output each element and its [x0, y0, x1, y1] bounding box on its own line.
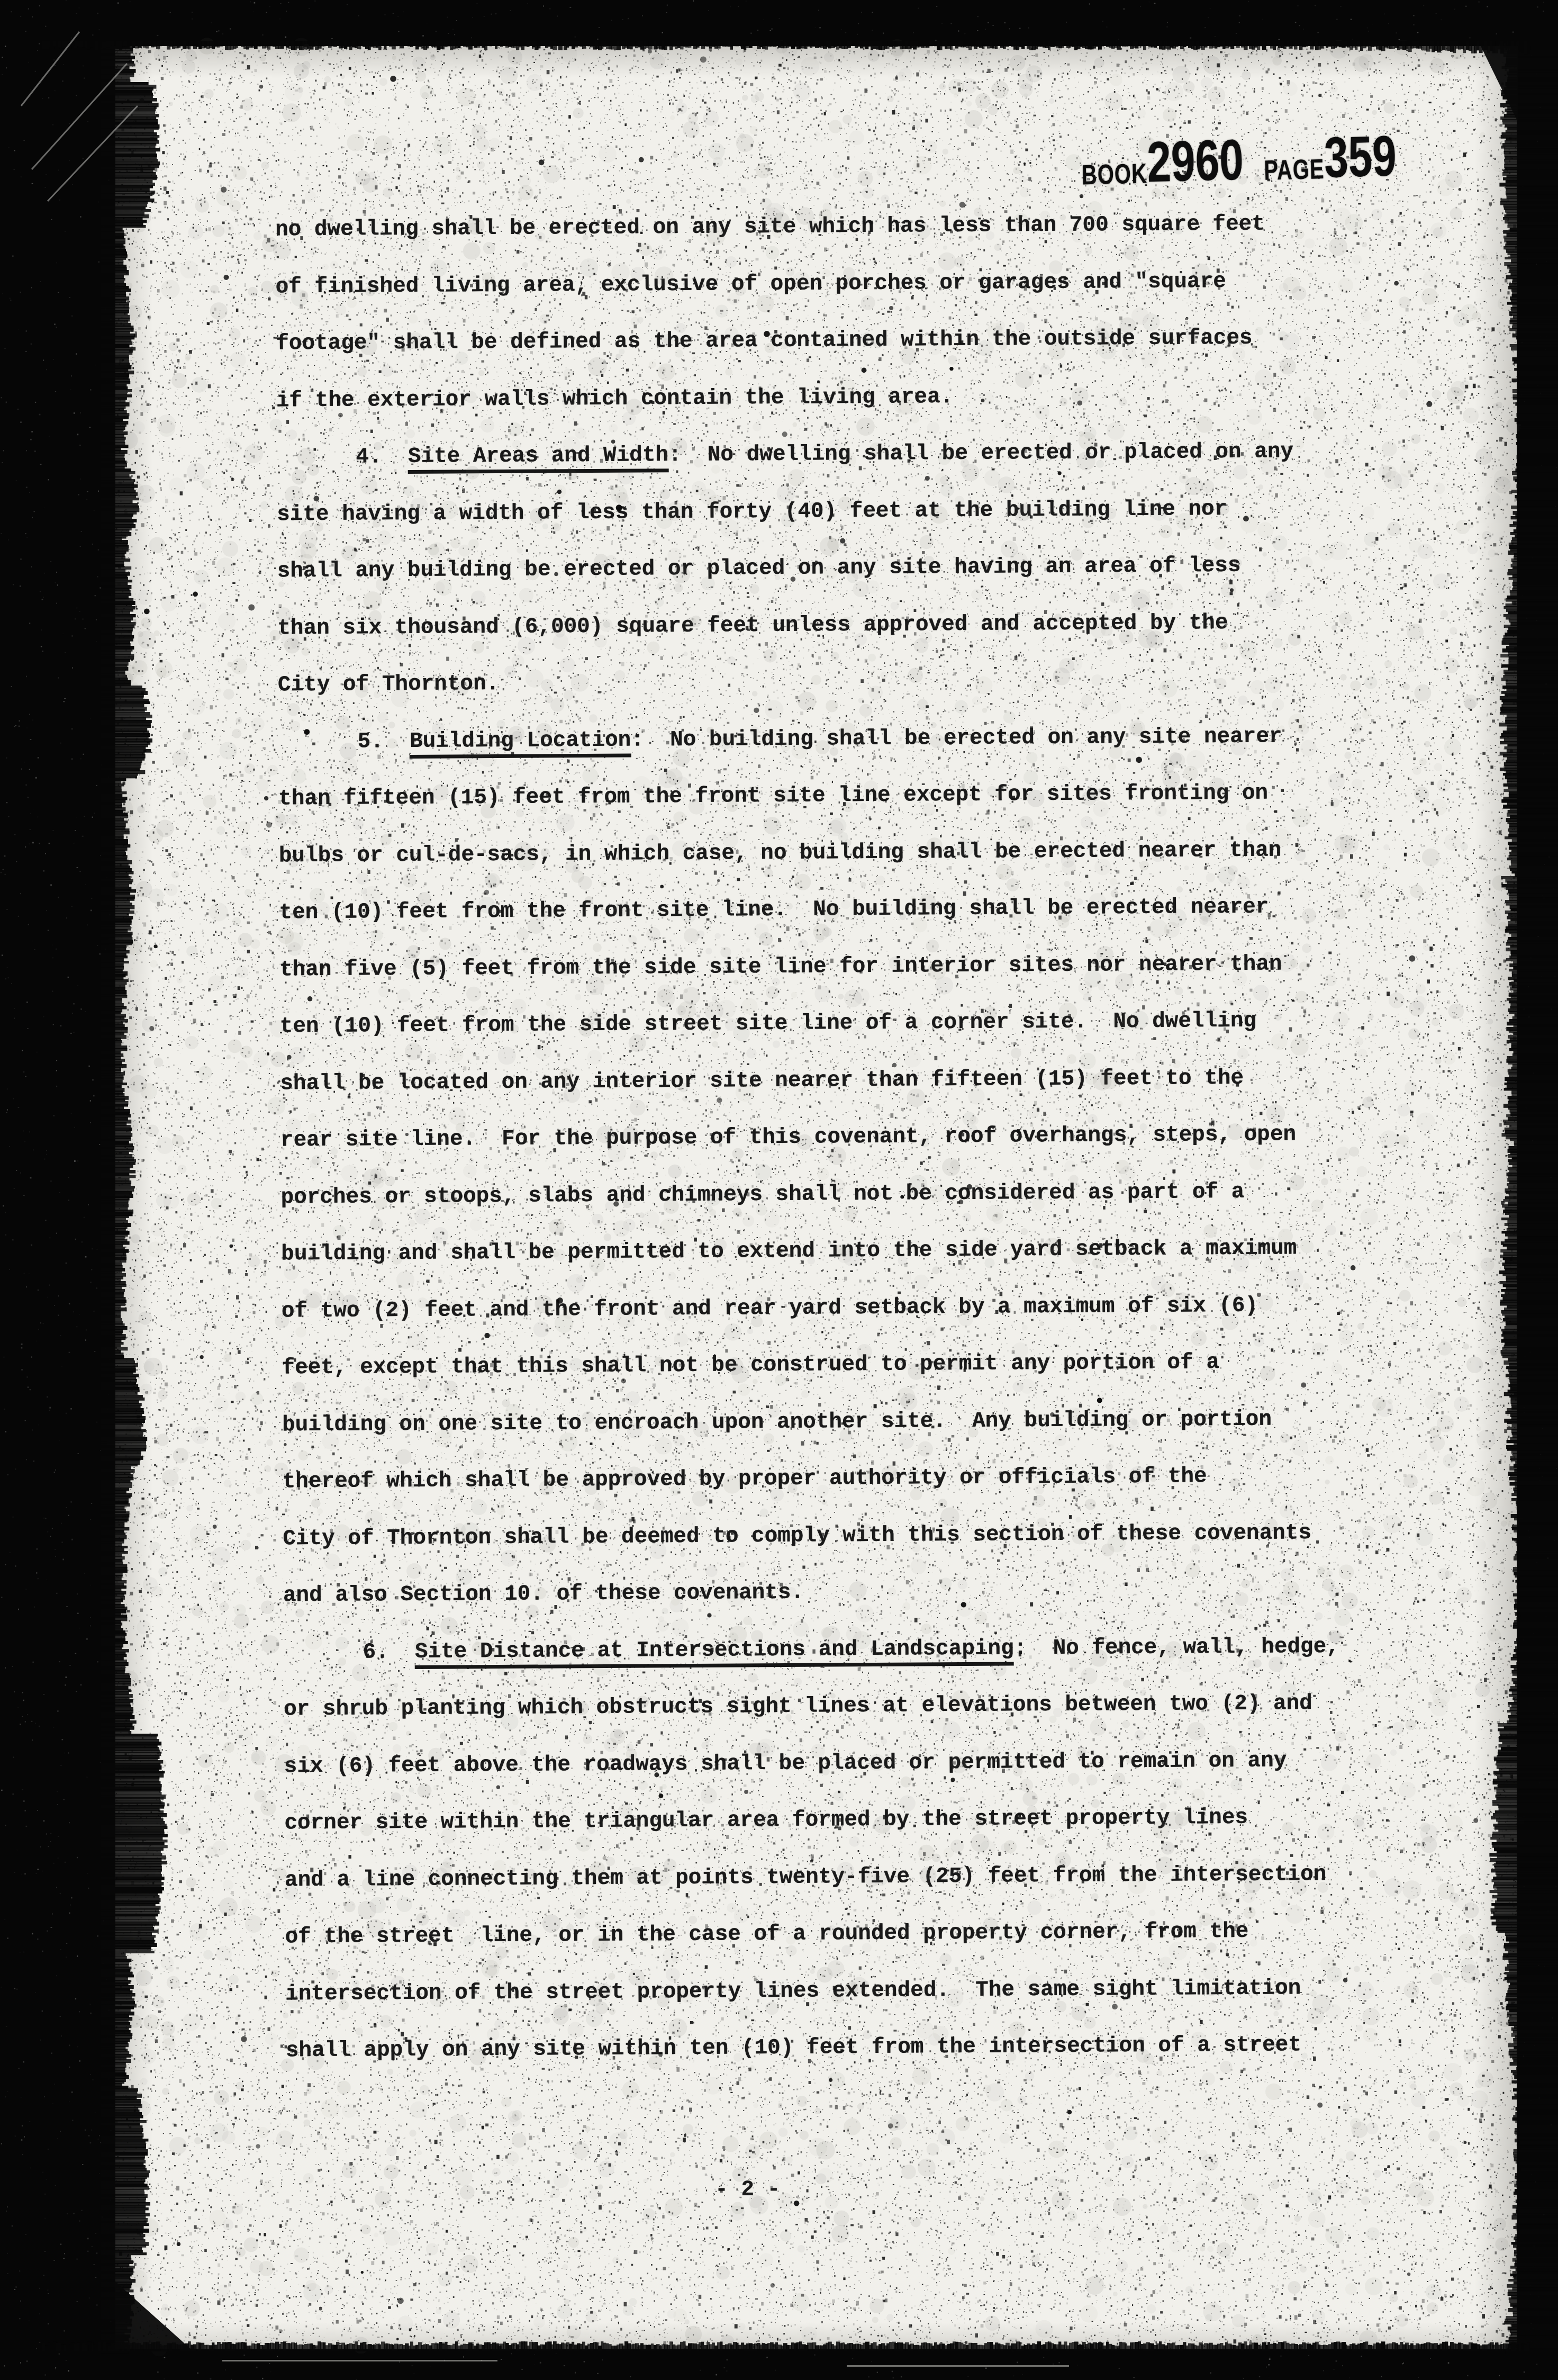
stamp-page-number: 359 — [1324, 128, 1398, 187]
stamp-book-number: 2960 — [1146, 132, 1244, 192]
page-content: BOOK 2960 PAGE 359 no dwelling shall be … — [111, 43, 1522, 2352]
document-line: shall any building be erected or placed … — [277, 537, 1378, 600]
document-line: 5. Building Location: No building shall … — [278, 708, 1379, 771]
document-line: and a line connecting them at points twe… — [285, 1846, 1386, 1909]
line-text: no dwelling shall be erected on any site… — [275, 212, 1265, 242]
line-text: or shrub planting which obstructs sight … — [284, 1691, 1312, 1721]
line-text: feet, except that this shall not be cons… — [282, 1350, 1219, 1380]
line-text: shall be located on any interior site ne… — [280, 1066, 1244, 1095]
line-text: than fifteen (15) feet from the front si… — [278, 781, 1268, 812]
document-line: 4. Site Areas and Width: No dwelling sha… — [276, 423, 1378, 486]
document-line: site having a width of less than forty (… — [277, 480, 1378, 543]
document-line: ten (10) feet from the front site line. … — [279, 878, 1380, 941]
document-line: bulbs or cul-de-sacs, in which case, no … — [279, 822, 1380, 885]
line-text: footage" shall be defined as the area co… — [276, 326, 1253, 356]
document-line: building and shall be permitted to exten… — [281, 1220, 1382, 1283]
document-line: corner site within the triangular area f… — [284, 1789, 1385, 1852]
line-text: City of Thornton shall be deemed to comp… — [283, 1521, 1311, 1551]
document-line: shall apply on any site within ten (10) … — [286, 2016, 1387, 2079]
stamp-book-label: BOOK — [1081, 160, 1147, 190]
document-line: than fifteen (15) feet from the front si… — [278, 764, 1380, 827]
document-line: if the exterior walls which contain the … — [276, 366, 1378, 429]
line-text: corner site within the triangular area f… — [284, 1806, 1248, 1835]
line-text: and a line connecting them at points twe… — [285, 1862, 1327, 1892]
document-lines: no dwelling shall be erected on any site… — [275, 195, 1387, 2079]
document-line: feet, except that this shall not be cons… — [282, 1333, 1383, 1396]
underlined-heading: Site Distance at Intersections and Lands… — [415, 1636, 1014, 1669]
document-page: BOOK 2960 PAGE 359 no dwelling shall be … — [115, 46, 1517, 2349]
document-line: or shrub planting which obstructs sight … — [284, 1675, 1385, 1738]
document-line: intersection of the street property line… — [285, 1960, 1387, 2023]
line-text: City of Thornton. — [278, 672, 500, 697]
line-text: rear site line. For the purpose of this … — [280, 1122, 1296, 1152]
stamp-page-label: PAGE — [1264, 155, 1325, 185]
document-line: and also Section 10. of these covenants. — [283, 1561, 1384, 1624]
document-line: than six thousand (6,000) square feet un… — [277, 594, 1379, 657]
document-line: City of Thornton. — [278, 651, 1379, 714]
line-text: if the exterior walls which contain the … — [276, 385, 954, 413]
line-text: bulbs or cul-de-sacs, in which case, no … — [279, 838, 1282, 868]
line-text: than five (5) feet from the side site li… — [279, 952, 1282, 982]
document-line: footage" shall be defined as the area co… — [276, 309, 1377, 372]
line-text: 6. — [363, 1639, 415, 1664]
line-text: of two (2) feet and the front and rear y… — [282, 1293, 1258, 1323]
document-line: six (6) feet above the roadways shall be… — [284, 1732, 1385, 1795]
line-text: 4. — [356, 445, 408, 470]
line-text: intersection of the street property line… — [285, 1976, 1301, 2006]
line-text: of the street line, or in the case of a … — [285, 1919, 1249, 1949]
document-line: no dwelling shall be erected on any site… — [275, 195, 1376, 258]
line-text: shall any building be erected or placed … — [277, 554, 1241, 583]
document-line: than five (5) feet from the side site li… — [279, 935, 1381, 998]
line-text: ten (10) feet from the front site line. … — [279, 895, 1269, 925]
line-text: of finished living area, exclusive of op… — [276, 269, 1226, 299]
document-line: 6. Site Distance at Intersections and La… — [283, 1618, 1384, 1681]
document-line: shall be located on any interior site ne… — [280, 1049, 1381, 1112]
page-number: - 2 - — [715, 2161, 780, 2219]
line-text: six (6) feet above the roadways shall be… — [284, 1748, 1287, 1779]
line-text: : No building shall be erected on any si… — [631, 724, 1282, 752]
line-text: thereof which shall be approved by prope… — [283, 1464, 1207, 1494]
line-text: : No fence, wall, hedge, — [1014, 1634, 1339, 1661]
line-text: : No dwelling shall be erected or placed… — [668, 439, 1293, 467]
line-text: site having a width of less than forty (… — [277, 497, 1227, 527]
book-page-stamp: BOOK 2960 PAGE 359 — [1081, 142, 1398, 193]
document-line: of finished living area, exclusive of op… — [275, 253, 1376, 315]
line-text: ten (10) feet from the side street site … — [280, 1009, 1257, 1039]
line-text: building on one site to encroach upon an… — [282, 1407, 1272, 1437]
line-text: shall apply on any site within ten (10) … — [286, 2033, 1301, 2063]
document-line: thereof which shall be approved by prope… — [282, 1447, 1383, 1510]
underlined-heading: Site Areas and Width — [408, 443, 668, 474]
underlined-heading: Building Location — [410, 728, 631, 758]
document-line: porches or stoops, slabs and chimneys sh… — [280, 1163, 1382, 1226]
document-line: City of Thornton shall be deemed to comp… — [283, 1504, 1384, 1567]
line-text: building and shall be permitted to exten… — [281, 1236, 1297, 1266]
line-text: porches or stoops, slabs and chimneys sh… — [280, 1179, 1244, 1209]
document-line: of the street line, or in the case of a … — [285, 1903, 1386, 1966]
document-line: rear site line. For the purpose of this … — [280, 1106, 1382, 1169]
document-line: of two (2) feet and the front and rear y… — [282, 1277, 1383, 1340]
document-line: building on one site to encroach upon an… — [282, 1391, 1383, 1454]
line-text: and also Section 10. of these covenants. — [283, 1581, 804, 1608]
line-text: 5. — [358, 729, 410, 754]
line-text: than six thousand (6,000) square feet un… — [277, 611, 1228, 641]
scanned-page-background: BOOK 2960 PAGE 359 no dwelling shall be … — [0, 0, 1558, 2380]
document-line: ten (10) feet from the side street site … — [279, 992, 1381, 1055]
